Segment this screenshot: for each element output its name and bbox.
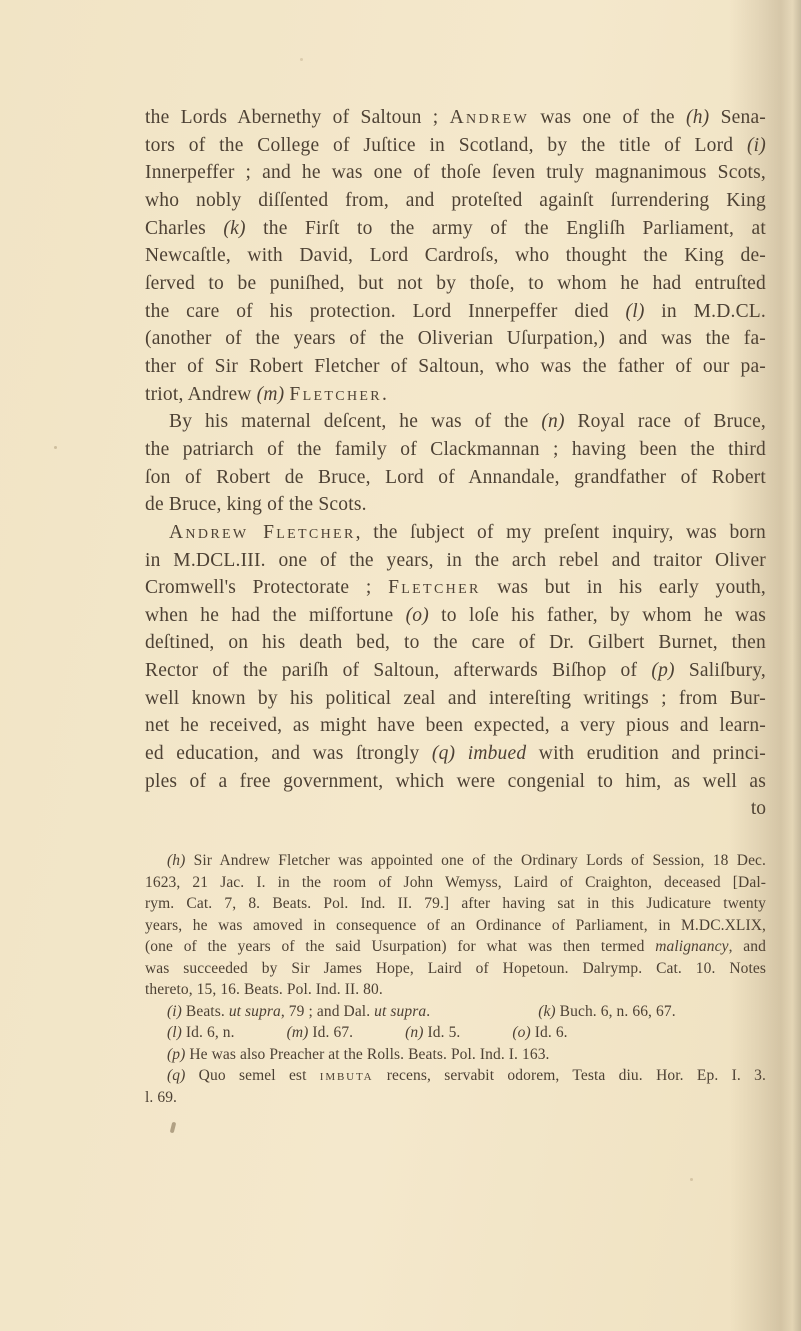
italic-text: (p)	[167, 1046, 185, 1063]
spacer	[460, 1036, 512, 1037]
footnote-line: (p) He was also Preacher at the Rolls. B…	[145, 1044, 766, 1066]
italic-text: (q)	[432, 743, 455, 764]
body-line: By his maternal deſcent, he was of the (…	[145, 408, 766, 436]
italic-text: (i)	[747, 135, 766, 156]
body-line: de Bruce, king of the Scots.	[145, 491, 766, 519]
body-line: ther of Sir Robert Fletcher of Saltoun, …	[145, 353, 766, 381]
footnote-line: (q) Quo semel est imbuta recens, servabi…	[145, 1065, 766, 1087]
paper-speck	[54, 446, 57, 449]
body-line: deſtined, on his death bed, to the care …	[145, 629, 766, 657]
italic-text: (h)	[686, 107, 709, 128]
body-line: the Lords Abernethy of Saltoun ; Andrew …	[145, 104, 766, 132]
footnote-line: rym. Cat. 7, 8. Beats. Pol. Ind. II. 79.…	[145, 893, 766, 915]
spacer	[430, 1015, 538, 1016]
italic-text: malignancy	[655, 938, 728, 955]
italic-text: imbued	[468, 743, 527, 764]
body-line: triot, Andrew (m) Fletcher.	[145, 381, 766, 409]
italic-text: (n)	[541, 411, 564, 432]
italic-text: (o)	[512, 1024, 530, 1041]
spacer	[353, 1036, 405, 1037]
body-line: the care of his protection. Lord Innerpe…	[145, 298, 766, 326]
italic-text: (o)	[406, 605, 429, 626]
body-line: well known by his political zeal and int…	[145, 685, 766, 713]
catchword: to	[751, 798, 766, 819]
body-line: when he had the miſfortune (o) to loſe h…	[145, 602, 766, 630]
body-line: Rector of the pariſh of Saltoun, afterwa…	[145, 657, 766, 685]
footnotes-block: (h) Sir Andrew Fletcher was appointed on…	[145, 850, 766, 1108]
footnote-line: years, he was amoved in consequence of a…	[145, 915, 766, 937]
italic-text: (m)	[287, 1024, 309, 1041]
spacer	[235, 1036, 287, 1037]
italic-text: (l)	[626, 301, 645, 322]
small-caps-text: Andrew Fletcher	[169, 522, 356, 543]
small-caps-text: Fletcher	[388, 577, 481, 598]
italic-text: (q)	[167, 1067, 185, 1084]
catchword-line: to	[145, 795, 766, 823]
body-line: Newcaſtle, with David, Lord Cardroſs, wh…	[145, 242, 766, 270]
paper-speck	[690, 1178, 693, 1181]
footnote-line: l. 69.	[145, 1087, 766, 1109]
body-line: ſerved to be puniſhed, but not by thoſe,…	[145, 270, 766, 298]
italic-text: (n)	[405, 1024, 423, 1041]
italic-text: (p)	[651, 660, 674, 681]
footnote-line: (l) Id. 6, n.(m) Id. 67.(n) Id. 5.(o) Id…	[145, 1022, 766, 1044]
body-text-block: the Lords Abernethy of Saltoun ; Andrew …	[145, 104, 766, 795]
body-line: ples of a free government, which were co…	[145, 768, 766, 796]
paper-speck	[300, 58, 303, 61]
body-line: Andrew Fletcher, the ſubject of my preſe…	[145, 519, 766, 547]
body-line: who nobly diſſented from, and proteſted …	[145, 187, 766, 215]
body-line: (another of the years of the Oliverian U…	[145, 325, 766, 353]
italic-text: ut supra	[374, 1003, 426, 1020]
body-line: in M.DCL.III. one of the years, in the a…	[145, 547, 766, 575]
body-line: Charles (k) the Firſt to the army of the…	[145, 215, 766, 243]
body-line: ed education, and was ſtrongly (q) imbue…	[145, 740, 766, 768]
italic-text: (h)	[167, 852, 185, 869]
small-caps-text: imbuta	[320, 1067, 374, 1084]
italic-text: (k)	[538, 1003, 556, 1020]
small-caps-text: Fletcher	[289, 384, 382, 405]
footnote-line: was succeeded by Sir James Hope, Laird o…	[145, 958, 766, 980]
small-caps-text: Andrew	[450, 107, 529, 128]
body-line: ſon of Robert de Bruce, Lord of Annandal…	[145, 464, 766, 492]
footnote-line: thereto, 15, 16. Beats. Pol. Ind. II. 80…	[145, 979, 766, 1001]
body-line: Innerpeffer ; and he was one of thoſe ſe…	[145, 159, 766, 187]
italic-text: (m)	[257, 384, 285, 405]
italic-text: (i)	[167, 1003, 182, 1020]
body-line: the patriarch of the family of Clackmann…	[145, 436, 766, 464]
italic-text: (k)	[223, 218, 245, 239]
footnote-line: (h) Sir Andrew Fletcher was appointed on…	[145, 850, 766, 872]
paper-speck	[170, 1122, 177, 1134]
footnote-line: 1623, 21 Jac. I. in the room of John Wem…	[145, 872, 766, 894]
body-line: net he received, as might have been expe…	[145, 712, 766, 740]
italic-text: ut supra	[229, 1003, 281, 1020]
book-page: the Lords Abernethy of Saltoun ; Andrew …	[0, 0, 801, 1331]
footnote-line: (one of the years of the said Usurpation…	[145, 936, 766, 958]
body-line: tors of the College of Juſtice in Scotla…	[145, 132, 766, 160]
footnote-line: (i) Beats. ut supra, 79 ; and Dal. ut su…	[145, 1001, 766, 1023]
italic-text: (l)	[167, 1024, 182, 1041]
body-line: Cromwell's Protectorate ; Fletcher was b…	[145, 574, 766, 602]
